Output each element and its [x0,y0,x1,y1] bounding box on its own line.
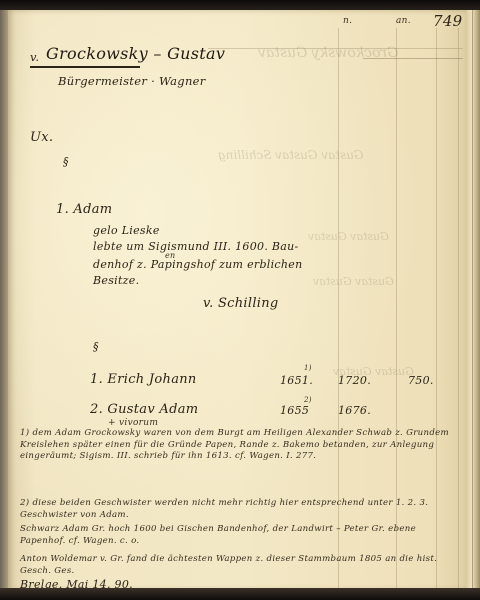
column-header: n. [343,16,352,26]
section-sign: § [63,155,69,168]
currency-line: v. Schilling [203,296,279,311]
section-marker: Ux. [30,130,53,145]
footnote-ref: 1) [304,364,312,372]
entry-line: Besitze. [93,274,139,287]
death-year: 1676. [338,404,371,417]
column-header: an. [396,16,411,26]
footnote-text: diese beiden Geschwister werden nicht me… [20,498,428,520]
birth-year: 1655 [280,404,309,417]
footnote-1: 1) dem Adam Grockowsky waren von dem Bur… [20,428,460,463]
footnote-text: Schwarz Adam Gr. hoch 1600 bei Gischen B… [20,524,416,546]
birth-year: 1651. [280,374,313,387]
scan-bottom-shadow [0,588,480,600]
title-prefix: v. [30,50,39,64]
section-sign: § [93,340,99,353]
bleed-through-text: Gustav Gustav [313,275,394,288]
footnote-3: Schwarz Adam Gr. hoch 1600 bei Gischen B… [20,524,460,547]
footnote-marker: 2) [20,498,29,508]
child-annotation: + vivorum [108,418,158,428]
footnote-text: dem Adam Grockowsky waren von dem Burgt … [20,428,449,461]
page-number: 749 [433,12,463,30]
page-edge [466,10,480,590]
footnote-ref: 2) [304,396,312,404]
manuscript-page: Grockowsky Gustav Gustav Gustav Schillin… [8,10,466,590]
footnote-2: 2) diese beiden Geschwister werden nicht… [20,498,460,521]
value-amount: 750. [408,374,434,387]
bleed-through-text: Gustav Gustav Schilling [218,148,364,162]
entry-label: 1. Adam [56,202,112,217]
footnote-marker: 1) [20,428,29,438]
page-title: Grockowsky – Gustav [46,44,225,63]
bleed-through-text: Grockowsky Gustav [258,45,398,61]
entry-line: gelo Lieske [93,224,160,237]
entry-line: denhof z. Papingshof zum erblichen [93,258,302,271]
page-subtitle: Bürgermeister · Wagner [58,74,206,88]
footnote-text: Anton Woldemar v. Gr. fand die ächtesten… [20,554,437,576]
bleed-through-text: Gustav Gustav [308,230,389,243]
child-name: 2. Gustav Adam [90,402,198,417]
title-underline [30,66,140,68]
child-name: 1. Erich Johann [90,372,197,387]
entry-line: lebte um Sigismund III. 1600. Bau- [93,240,299,253]
death-year: 1720. [338,374,371,387]
footnote-4: Anton Woldemar v. Gr. fand die ächtesten… [20,554,460,577]
